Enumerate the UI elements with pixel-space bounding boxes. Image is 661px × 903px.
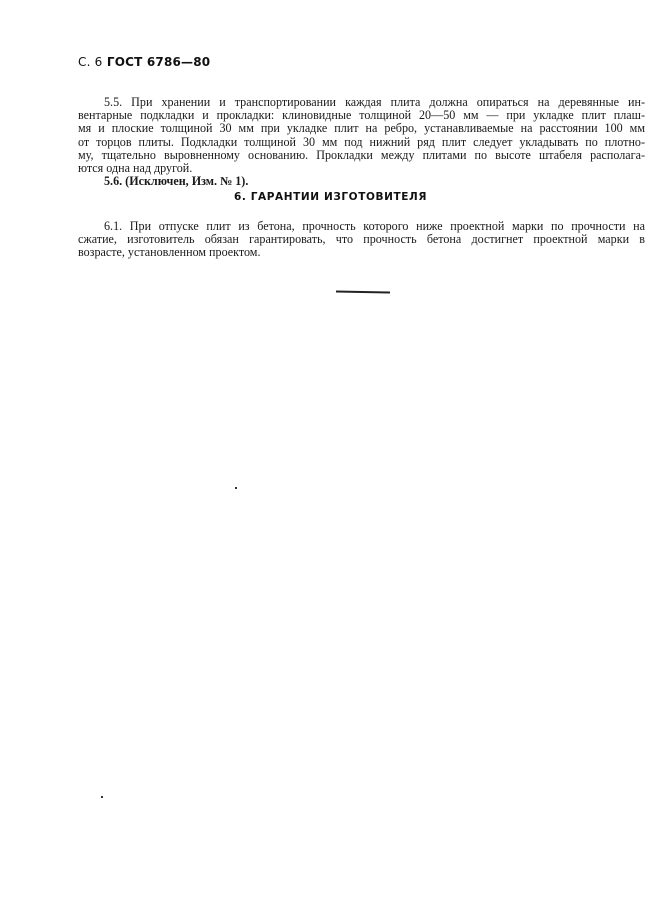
paragraph-6-1: 6.1. При отпуске плит из бетона, прочнос… bbox=[78, 220, 645, 260]
scan-speck bbox=[101, 796, 103, 798]
scan-speck bbox=[235, 487, 237, 489]
text-line: от торцов плиты. Подкладки толщиной 30 м… bbox=[78, 136, 645, 149]
paragraph-5-6: 5.6. (Исключен, Изм. № 1). bbox=[78, 175, 645, 188]
section-title: 6. ГАРАНТИИ ИЗГОТОВИТЕЛЯ bbox=[0, 191, 661, 203]
end-rule-divider bbox=[336, 291, 390, 293]
paragraph-5-5: 5.5. При хранении и транспортировании ка… bbox=[78, 96, 645, 188]
text-line: мя и плоские толщиной 30 мм при укладке … bbox=[78, 122, 645, 135]
text-line: возрасте, установленном проектом. bbox=[78, 246, 645, 259]
page-header: С. 6 ГОСТ 6786—80 bbox=[78, 55, 210, 69]
page-number: С. 6 bbox=[78, 55, 102, 69]
standard-number: ГОСТ 6786—80 bbox=[107, 55, 211, 69]
